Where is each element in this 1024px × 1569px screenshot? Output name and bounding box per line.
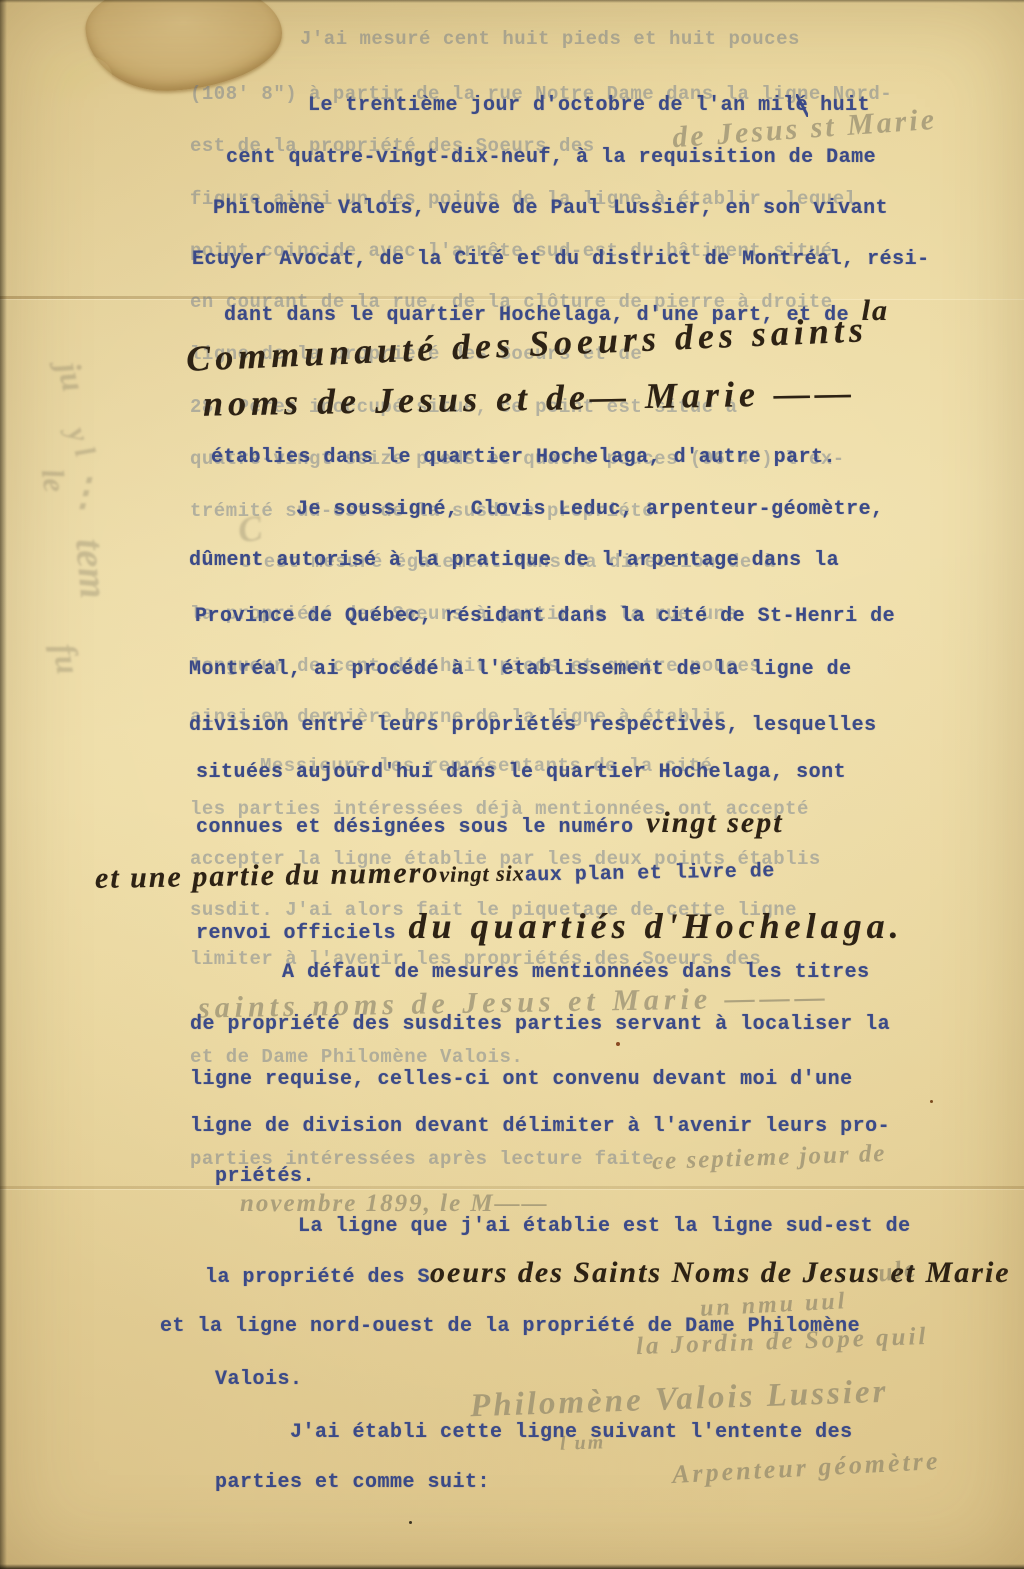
scan-edge-bottom [0,1564,1024,1569]
document-line: priétés. [215,1167,315,1187]
typed-text: parties et comme suit: [215,1471,490,1494]
document-line: Je soussigné, Clovis Leduc, arpenteur-gé… [296,500,884,520]
typed-text: é [796,94,808,117]
typed-text: Ecuyer Avocat, de la Cité et du district… [192,248,930,271]
document-line: et une partie du numero vingt six aux pl… [95,857,775,894]
typed-text: ligne de division devant délimiter à l'a… [190,1115,890,1138]
document-text-layer: Le trentième jour d'octobre de l'an milé… [0,0,1024,1569]
handwritten-text: oeurs des Saints Noms de Jesus et Marie [430,1263,1011,1283]
document-line: établies dans le quartier Hochelaga, d'a… [211,448,836,468]
document-line: Le trentième jour d'octobre de l'an milé… [308,96,870,116]
document-line: parties et comme suit: [215,1473,490,1493]
typed-text: division entre leurs propriétés respecti… [189,714,877,737]
typed-text: La ligne que j'ai établie est la ligne s… [298,1215,911,1238]
document-line: Ecuyer Avocat, de la Cité et du district… [192,250,930,270]
typed-text: A défaut de mesures mentionnées dans les… [282,961,870,984]
scan-edge-top [0,0,1024,3]
document-line: Communauté des Soeurs des saints [186,319,869,375]
document-line: situées aujourd'hui dans le quartier Hoc… [196,763,846,783]
document-line: renvoi officiels du quartiés d'Hochelaga… [196,916,904,944]
handwritten-text: vingt sept [646,813,784,833]
document-line: noms de Jesus et de— Marie —— [203,382,856,419]
scan-edge-left [0,0,7,1569]
document-line: Montréal, ai procédé à l'établissement d… [189,660,852,680]
document-line: la propriété des Soeurs des Saints Noms … [205,1263,1011,1288]
typed-text: renvoi officiels [196,922,409,945]
typed-text: établies dans le quartier Hochelaga, d'a… [211,446,836,469]
handwritten-text: du quartiés d'Hochelaga. [409,916,904,936]
document-line: division entre leurs propriétés respecti… [189,716,877,736]
document-line: Philomène Valois, veuve de Paul Lussier,… [213,199,888,219]
typed-text: Philomène Valois, veuve de Paul Lussier,… [213,197,888,220]
scanned-document-page: J'ai mesuré cent huit pieds et huit pouc… [0,0,1024,1569]
typed-text: connues et désignées sous le numéro [196,816,646,839]
document-line: Valois. [215,1370,303,1390]
typed-text: cent quatre-vingt-dix-neuf, à la requisi… [226,146,876,169]
typed-text: J'ai établi cette ligne suivant l'entent… [290,1421,853,1444]
typed-text: aux plan et livre de [525,860,775,887]
typed-text: et la ligne nord-ouest de la propriété d… [160,1315,860,1338]
document-line: J'ai établi cette ligne suivant l'entent… [290,1423,853,1443]
typed-text: dûment autorisé à la pratique de l'arpen… [189,549,839,572]
typed-text: Le trentième jour d'octobre de l'an mil [308,94,796,117]
typed-text: priétés. [215,1165,315,1188]
typed-text: Province de Québec, résidant dans la cit… [195,605,895,628]
document-line: La ligne que j'ai établie est la ligne s… [298,1217,911,1237]
document-line: Province de Québec, résidant dans la cit… [195,607,895,627]
document-line: connues et désignées sous le numéro ving… [196,813,784,838]
typed-text: ligne requise, celles-ci ont convenu dev… [190,1068,853,1091]
typed-text: Montréal, ai procédé à l'établissement d… [189,658,852,681]
document-line: ligne requise, celles-ci ont convenu dev… [190,1070,853,1090]
handwritten-text: et une partie du numero [95,863,440,889]
typed-text: huit [808,94,871,117]
typed-text: situées aujourd'hui dans le quartier Hoc… [196,761,846,784]
document-line: A défaut de mesures mentionnées dans les… [282,963,870,983]
typed-text: la propriété des S [205,1266,430,1289]
document-line: et la ligne nord-ouest de la propriété d… [160,1317,860,1337]
document-line: ligne de division devant délimiter à l'a… [190,1117,890,1137]
typed-text: Je soussigné, Clovis Leduc, arpenteur-gé… [296,498,884,521]
handwritten-text: noms de Jesus et de— Marie —— [203,382,856,413]
document-line: dûment autorisé à la pratique de l'arpen… [189,551,839,571]
document-line: cent quatre-vingt-dix-neuf, à la requisi… [226,148,876,168]
document-line: de propriété des susdites parties servan… [190,1015,890,1035]
typed-text: Valois. [215,1368,303,1391]
handwritten-text: vingt six [439,863,525,884]
typed-text: de propriété des susdites parties servan… [190,1013,890,1036]
